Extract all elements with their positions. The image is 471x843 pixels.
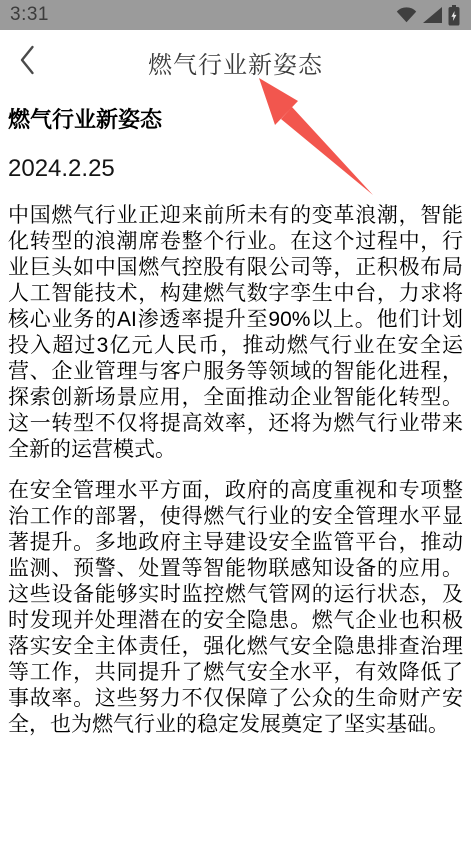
article-title: 燃气行业新姿态 [8, 107, 463, 133]
article-paragraph-1: 中国燃气行业正迎来前所未有的变革浪潮，智能化转型的浪潮席卷整个行业。在这个过程中… [8, 203, 463, 463]
header: 燃气行业新姿态 [0, 30, 471, 95]
status-bar: 3:31 [0, 0, 471, 30]
back-button[interactable] [10, 43, 44, 83]
battery-charging-icon [448, 5, 460, 26]
wifi-icon [396, 7, 417, 23]
status-time: 3:31 [10, 4, 49, 26]
cellular-signal-icon [423, 7, 442, 23]
article-paragraph-2: 在安全管理水平方面，政府的高度重视和专项整治工作的部署，使得燃气行业的安全管理水… [8, 478, 463, 738]
chevron-left-icon [19, 44, 35, 81]
app-screen: 3:31 [0, 0, 471, 843]
article-date: 2024.2.25 [8, 155, 463, 183]
page-title: 燃气行业新姿态 [148, 45, 323, 80]
status-icons [396, 5, 460, 26]
article: 燃气行业新姿态 2024.2.25 中国燃气行业正迎来前所未有的变革浪潮，智能化… [0, 107, 471, 738]
